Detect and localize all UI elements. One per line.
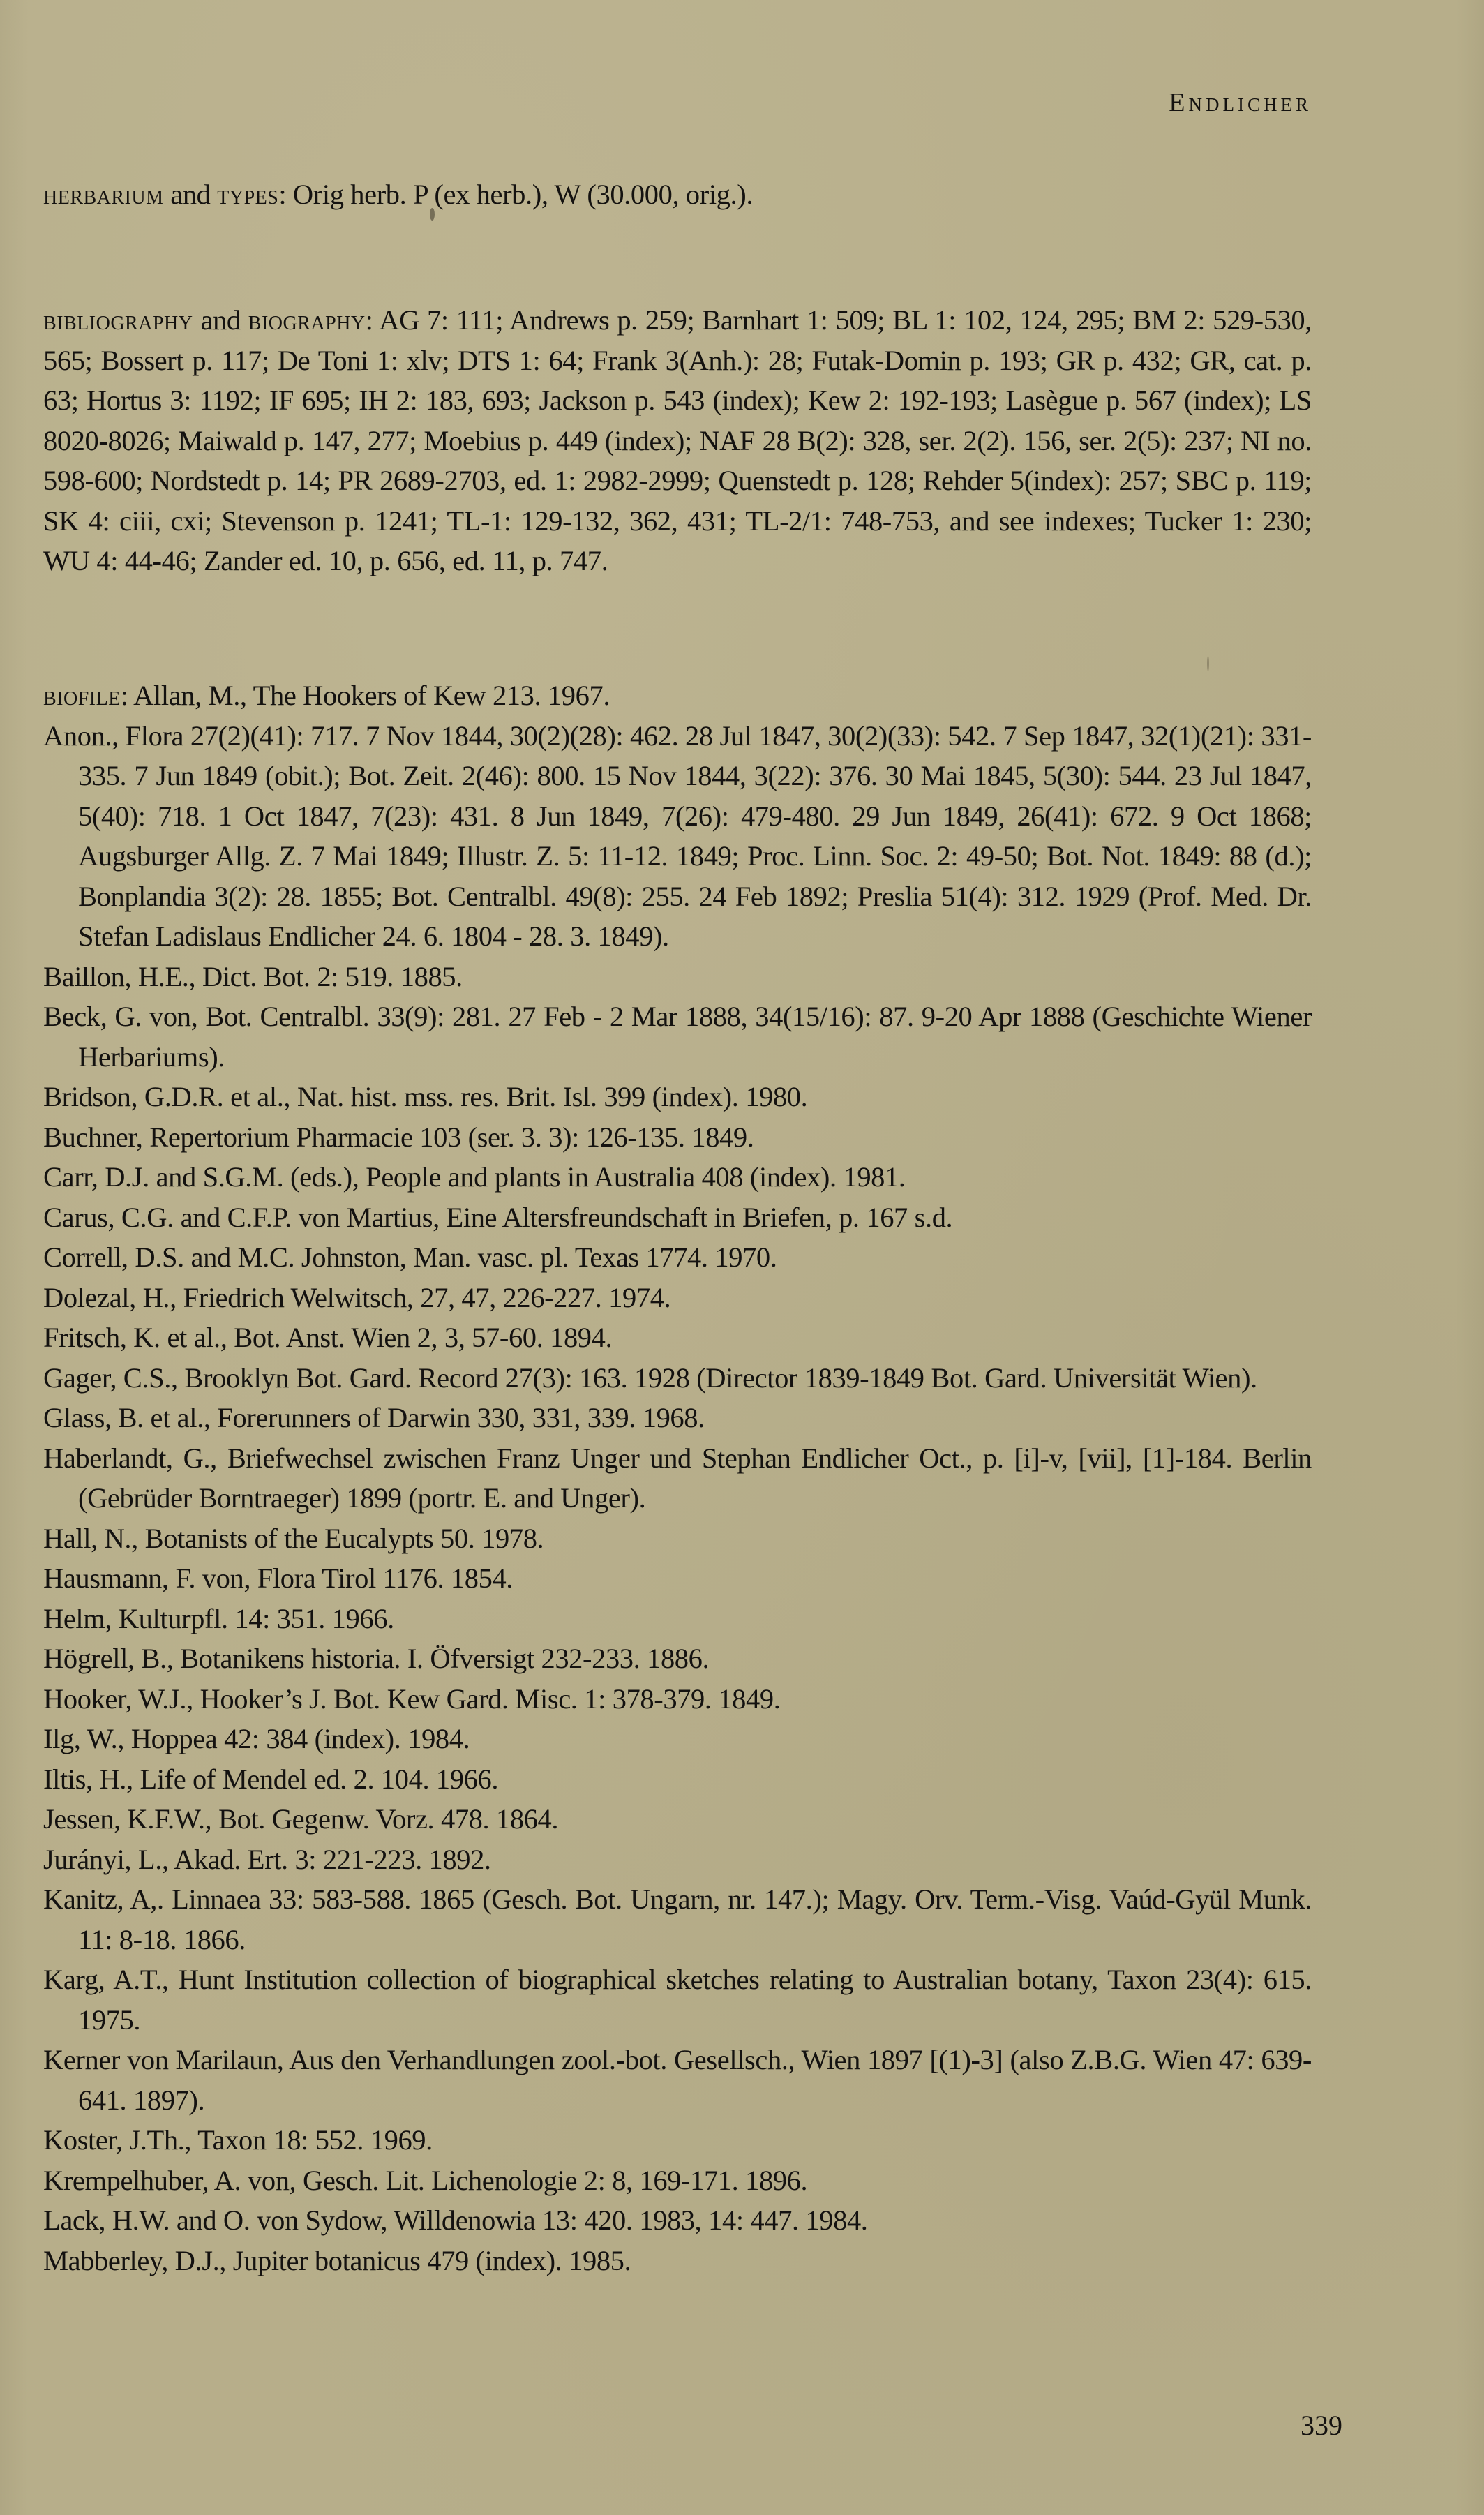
biofile-entry: Jurányi, L., Akad. Ert. 3: 221-223. 1892…	[43, 1839, 1312, 1880]
biofile-entry: Carr, D.J. and S.G.M. (eds.), People and…	[43, 1157, 1312, 1197]
biofile-entry: Hausmann, F. von, Flora Tirol 1176. 1854…	[43, 1558, 1312, 1599]
section-label: biofile	[43, 680, 121, 711]
biofile-entry: Kanitz, A,. Linnaea 33: 583-588. 1865 (G…	[43, 1879, 1312, 1960]
biofile-entry: Anon., Flora 27(2)(41): 717. 7 Nov 1844,…	[43, 716, 1312, 957]
biofile-entry: Koster, J.Th., Taxon 18: 552. 1969.	[43, 2120, 1312, 2160]
biofile-entry: Hooker, W.J., Hooker’s J. Bot. Kew Gard.…	[43, 1679, 1312, 1719]
biofile-entry: Hall, N., Botanists of the Eucalypts 50.…	[43, 1518, 1312, 1559]
biofile-entry: Högrell, B., Botanikens historia. I. Öfv…	[43, 1639, 1312, 1679]
biofile-entry: Dolezal, H., Friedrich Welwitsch, 27, 47…	[43, 1278, 1312, 1318]
page-number: 339	[1301, 2412, 1342, 2440]
biofile-entry: Haberlandt, G., Briefwechsel zwischen Fr…	[43, 1438, 1312, 1518]
herbarium-text: Orig herb. P (ex herb.), W (30.000, orig…	[293, 179, 753, 210]
herbarium-and-types-section: herbarium and types: Orig herb. P (ex he…	[43, 174, 1312, 215]
biofile-entry: Correll, D.S. and M.C. Johnston, Man. va…	[43, 1237, 1312, 1278]
biofile-entry: Helm, Kulturpfl. 14: 351. 1966.	[43, 1599, 1312, 1639]
biofile-entry: Bridson, G.D.R. et al., Nat. hist. mss. …	[43, 1077, 1312, 1117]
bibliography-text: AG 7: 111; Andrews p. 259; Barnhart 1: 5…	[43, 304, 1312, 576]
biofile-entry: Iltis, H., Life of Mendel ed. 2. 104. 19…	[43, 1759, 1312, 1800]
biofile-entry: Baillon, H.E., Dict. Bot. 2: 519. 1885.	[43, 957, 1312, 997]
biofile-entry-list: Anon., Flora 27(2)(41): 717. 7 Nov 1844,…	[43, 716, 1312, 2281]
biofile-entry: Jessen, K.F.W., Bot. Gegenw. Vorz. 478. …	[43, 1799, 1312, 1839]
biofile-entry: Mabberley, D.J., Jupiter botanicus 479 (…	[43, 2241, 1312, 2281]
bibliography-and-biography-section: bibliography and biography: AG 7: 111; A…	[43, 300, 1312, 581]
biofile-entry: Carus, C.G. and C.F.P. von Martius, Eine…	[43, 1197, 1312, 1238]
biofile-entry: Glass, B. et al., Forerunners of Darwin …	[43, 1398, 1312, 1438]
biofile-entry: Buchner, Repertorium Pharmacie 103 (ser.…	[43, 1117, 1312, 1158]
biofile-entry: Kerner von Marilaun, Aus den Verhandlung…	[43, 2040, 1312, 2120]
biofile-entry: Fritsch, K. et al., Bot. Anst. Wien 2, 3…	[43, 1318, 1312, 1358]
biofile-entry: Ilg, W., Hoppea 42: 384 (index). 1984.	[43, 1719, 1312, 1759]
biofile-section: biofile: Allan, M., The Hookers of Kew 2…	[43, 676, 1312, 2281]
paper-speck	[430, 208, 435, 221]
biofile-entry: Gager, C.S., Brooklyn Bot. Gard. Record …	[43, 1358, 1312, 1398]
biofile-entry: Karg, A.T., Hunt Institution collection …	[43, 1960, 1312, 2040]
section-label: herbarium and types	[43, 179, 278, 210]
biofile-entry: Lack, H.W. and O. von Sydow, Willdenowia…	[43, 2200, 1312, 2241]
paper-speck	[1207, 656, 1209, 671]
section-label: bibliography and biography	[43, 304, 366, 336]
running-head: Endlicher	[1169, 89, 1312, 116]
biofile-entry: Krempelhuber, A. von, Gesch. Lit. Lichen…	[43, 2160, 1312, 2201]
biofile-entry: Beck, G. von, Bot. Centralbl. 33(9): 281…	[43, 997, 1312, 1077]
biofile-entry: biofile: Allan, M., The Hookers of Kew 2…	[43, 676, 1312, 716]
